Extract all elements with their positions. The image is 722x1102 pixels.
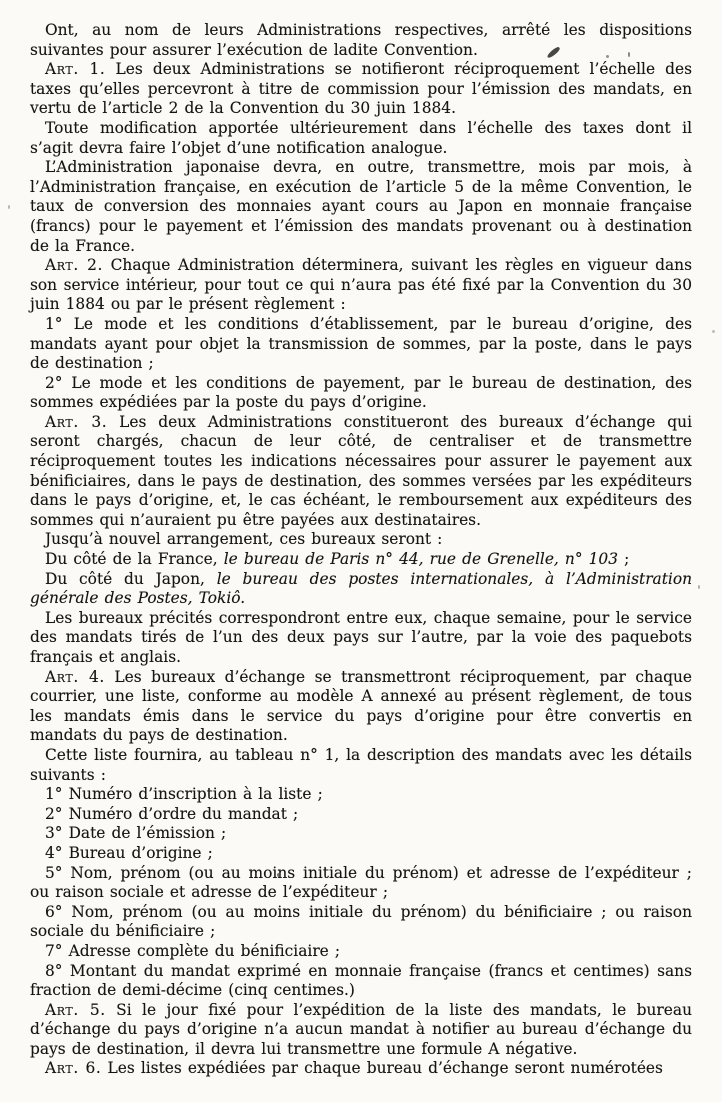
article-1-label: Art. 1. bbox=[45, 60, 105, 78]
list-item-2-payement: 2° Le mode et les conditions de payement… bbox=[30, 374, 692, 413]
list-item-bureau-origine: 4° Bureau d’origine ; bbox=[30, 844, 692, 864]
list-item-numero-ordre: 2° Numéro d’ordre du mandat ; bbox=[30, 805, 692, 825]
list-item-montant: 8° Montant du mandat exprimé en monnaie … bbox=[30, 962, 692, 1001]
paragraph-bureau-france: Du côté de la France, le bureau de Paris… bbox=[30, 550, 692, 570]
article-2-text: Chaque Administration déterminera, suiva… bbox=[30, 256, 692, 313]
bureau-france-lead: Du côté de la France, bbox=[45, 550, 218, 568]
list-item-1-etablissement: 1° Le mode et les conditions d’établisse… bbox=[30, 315, 692, 374]
paragraph-cette-liste: Cette liste fournira, au tableau n° 1, l… bbox=[30, 746, 692, 785]
bureau-france-name: le bureau de Paris n° 44, rue de Grenell… bbox=[224, 550, 618, 568]
scan-speck bbox=[277, 873, 281, 877]
list-item-date-emission: 3° Date de l’émission ; bbox=[30, 824, 692, 844]
intro-paragraph: Ont, au nom de leurs Administrations res… bbox=[30, 21, 692, 60]
list-item-adresse-benificiaire: 7° Adresse complète du bénificiaire ; bbox=[30, 942, 692, 962]
article-6-label: Art. 6. bbox=[45, 1059, 101, 1077]
scan-speck bbox=[628, 52, 630, 57]
article-3-text: Les deux Administrations constitueront d… bbox=[30, 413, 692, 529]
article-6-paragraph: Art. 6. Les listes expédiées par chaque … bbox=[30, 1059, 692, 1079]
article-4-text: Les bureaux d’échange se transmettront r… bbox=[30, 668, 692, 745]
list-item-expediteur: 5° Nom, prénom (ou au moins initiale du … bbox=[30, 864, 692, 903]
article-5-text: Si le jour fixé pour l’expédition de la … bbox=[30, 1001, 692, 1058]
list-item-numero-inscription: 1° Numéro d’inscription à la liste ; bbox=[30, 785, 692, 805]
article-1-paragraph: Art. 1. Les deux Administrations se noti… bbox=[30, 60, 692, 119]
scan-speck bbox=[698, 585, 700, 589]
bureau-japon-lead: Du côté du Japon, bbox=[45, 570, 205, 588]
article-2-paragraph: Art. 2. Chaque Administration déterminer… bbox=[30, 256, 692, 315]
paragraph-administration-japonaise: L’Administration japonaise devra, en out… bbox=[30, 158, 692, 256]
article-3-label: Art. 3. bbox=[45, 413, 107, 431]
paragraph-correspondance: Les bureaux précités correspondront entr… bbox=[30, 609, 692, 668]
scan-speck bbox=[712, 330, 715, 333]
paragraph-bureau-japon: Du côté du Japon, le bureau des postes i… bbox=[30, 570, 692, 609]
paragraph-modification: Toute modification apportée ultérieureme… bbox=[30, 119, 692, 158]
article-5-label: Art. 5. bbox=[45, 1001, 106, 1019]
article-6-text: Les listes expédiées par chaque bureau d… bbox=[108, 1059, 663, 1077]
scan-speck bbox=[606, 55, 609, 58]
bureau-france-tail: ; bbox=[624, 550, 629, 568]
paragraph-arrangement: Jusqu’à nouvel arrangement, ces bureaux … bbox=[30, 530, 692, 550]
article-5-paragraph: Art. 5. Si le jour fixé pour l’expéditio… bbox=[30, 1001, 692, 1060]
scanned-document-page: Ont, au nom de leurs Administrations res… bbox=[30, 21, 692, 1079]
article-1-text: Les deux Administrations se notifieront … bbox=[30, 60, 692, 117]
article-2-label: Art. 2. bbox=[45, 256, 103, 274]
article-4-paragraph: Art. 4. Les bureaux d’échange se transme… bbox=[30, 668, 692, 746]
article-4-label: Art. 4. bbox=[45, 668, 105, 686]
scan-speck bbox=[8, 205, 10, 209]
list-item-benificiaire: 6° Nom, prénom (ou au moins initiale du … bbox=[30, 903, 692, 942]
article-3-paragraph: Art. 3. Les deux Administrations constit… bbox=[30, 413, 692, 531]
